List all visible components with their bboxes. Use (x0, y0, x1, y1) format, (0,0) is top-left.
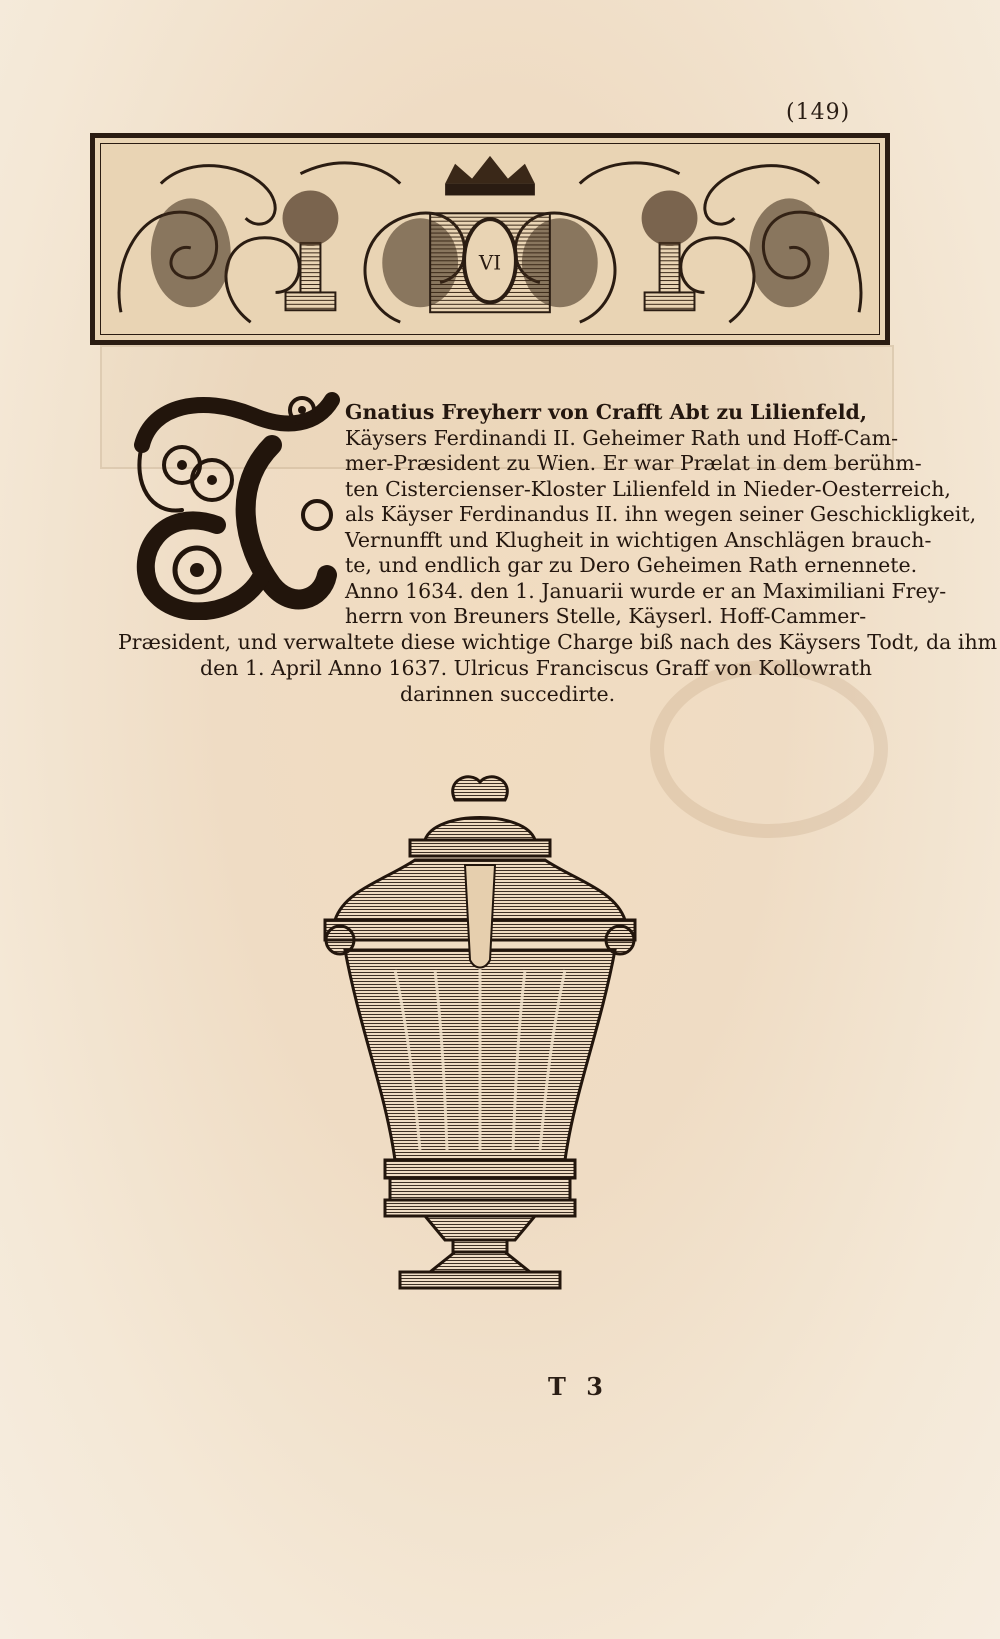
text-line: herrn von Breuners Stelle, Käyserl. Hoff… (345, 604, 875, 630)
ornament-scrollwork-icon: VI (101, 144, 879, 334)
page-number: (149) (786, 100, 850, 125)
urn-icon (315, 770, 645, 1290)
text-line: darinnen succedirte. (400, 682, 615, 708)
text-line: Vernunfft und Klugheit in wichtigen Ansc… (345, 528, 875, 554)
text-line: Præsident, und verwaltete diese wichtige… (118, 630, 997, 656)
text-line: Anno 1634. den 1. Januarii wurde er an M… (345, 579, 875, 605)
text-line: Käysers Ferdinandi II. Geheimer Rath und… (345, 426, 875, 452)
text-line: ten Cistercienser-Kloster Lilienfeld in … (345, 477, 875, 503)
svg-text:VI: VI (478, 252, 501, 275)
text-line: den 1. April Anno 1637. Ulricus Francisc… (200, 656, 872, 682)
header-ornament: VI (90, 133, 890, 345)
urn-illustration (315, 770, 645, 1290)
signature-mark: T 3 (548, 1372, 609, 1401)
drop-cap-letter-icon (122, 385, 342, 620)
drop-cap (122, 385, 342, 620)
text-line: te, und endlich gar zu Dero Geheimen Rat… (345, 553, 875, 579)
text-line: mer-Præsident zu Wien. Er war Prælat in … (345, 451, 875, 477)
text-line: als Käyser Ferdinandus II. ihn wegen sei… (345, 502, 875, 528)
biography-paragraph: Gnatius Freyherr von Crafft Abt zu Lilie… (345, 400, 875, 630)
show-through-ornament (650, 660, 888, 838)
text-line: Gnatius Freyherr von Crafft Abt zu Lilie… (345, 400, 875, 426)
